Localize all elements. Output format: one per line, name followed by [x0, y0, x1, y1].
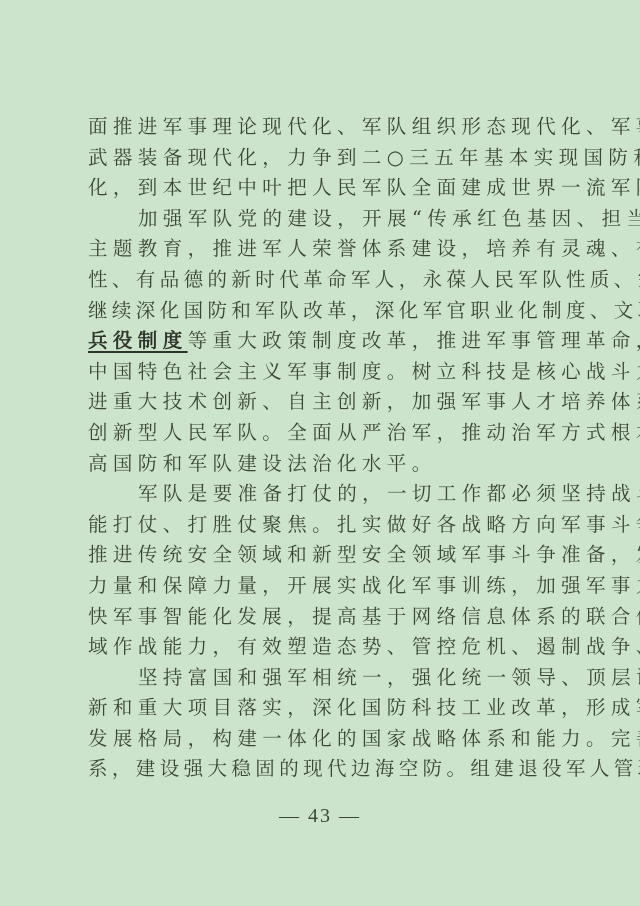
text-line: 进重大技术创新、自主创新，加强军事人才培养体系建设，建设: [88, 387, 566, 418]
page-number: — 43 —: [0, 805, 640, 828]
text-line: 创新型人民军队。全面从严治军，推动治军方式根本性转变，提: [88, 418, 566, 449]
text-line: 继续深化国防和军队改革，深化军官职业化制度、文职人员制度、: [88, 296, 566, 327]
text-line: 性、有品德的新时代革命军人，永葆人民军队性质、宗旨、本色。: [88, 265, 566, 296]
text-line: 能打仗、打胜仗聚焦。扎实做好各战略方向军事斗争准备，统筹: [88, 510, 566, 541]
text-line: 武器装备现代化，力争到二○三五年基本实现国防和军队现代: [88, 143, 566, 174]
paragraph-start-line: 军队是要准备打仗的，一切工作都必须坚持战斗力标准，向: [88, 479, 566, 510]
text-line: 快军事智能化发展，提高基于网络信息体系的联合作战能力、全: [88, 602, 566, 633]
text-line: 化，到本世纪中叶把人民军队全面建成世界一流军队。: [88, 173, 566, 204]
text-line: 发展格局，构建一体化的国家战略体系和能力。完善国防动员体: [88, 724, 566, 755]
text-line: 兵役制度等重大政策制度改革，推进军事管理革命，完善和发展: [88, 326, 566, 357]
emphasized-term: 兵役制度: [88, 329, 188, 352]
text-line: 高国防和军队建设法治化水平。: [88, 449, 566, 480]
paragraph-start-line: 坚持富国和强军相统一，强化统一领导、顶层设计、改革创: [88, 663, 566, 694]
text-line: 面推进军事理论现代化、军队组织形态现代化、军事人员现代化、: [88, 112, 566, 143]
paragraph-start-line: 加强军队党的建设，开展“传承红色基因、担当强军重任”: [88, 204, 566, 235]
text-line: 域作战能力，有效塑造态势、管控危机、遏制战争、打赢战争。: [88, 632, 566, 663]
text-line: 中国特色社会主义军事制度。树立科技是核心战斗力的思想，推: [88, 357, 566, 388]
document-page-body: 面推进军事理论现代化、军队组织形态现代化、军事人员现代化、 武器装备现代化，力争…: [88, 112, 566, 785]
text-segment: 等重大政策制度改革，推进军事管理革命，完善和发展: [188, 329, 640, 352]
text-line: 新和重大项目落实，深化国防科技工业改革，形成军民融合深度: [88, 693, 566, 724]
text-line: 系，建设强大稳固的现代边海空防。组建退役军人管理保障机构，: [88, 754, 566, 785]
text-line: 主题教育，推进军人荣誉体系建设，培养有灵魂、有本事、有血: [88, 234, 566, 265]
text-line: 力量和保障力量，开展实战化军事训练，加强军事力量运用，加: [88, 571, 566, 602]
text-line: 推进传统安全领域和新型安全领域军事斗争准备，发展新型作战: [88, 540, 566, 571]
text-segment: 继续深化国防和军队改革，深化军官职业化制度、文职人员制度: [88, 299, 640, 322]
